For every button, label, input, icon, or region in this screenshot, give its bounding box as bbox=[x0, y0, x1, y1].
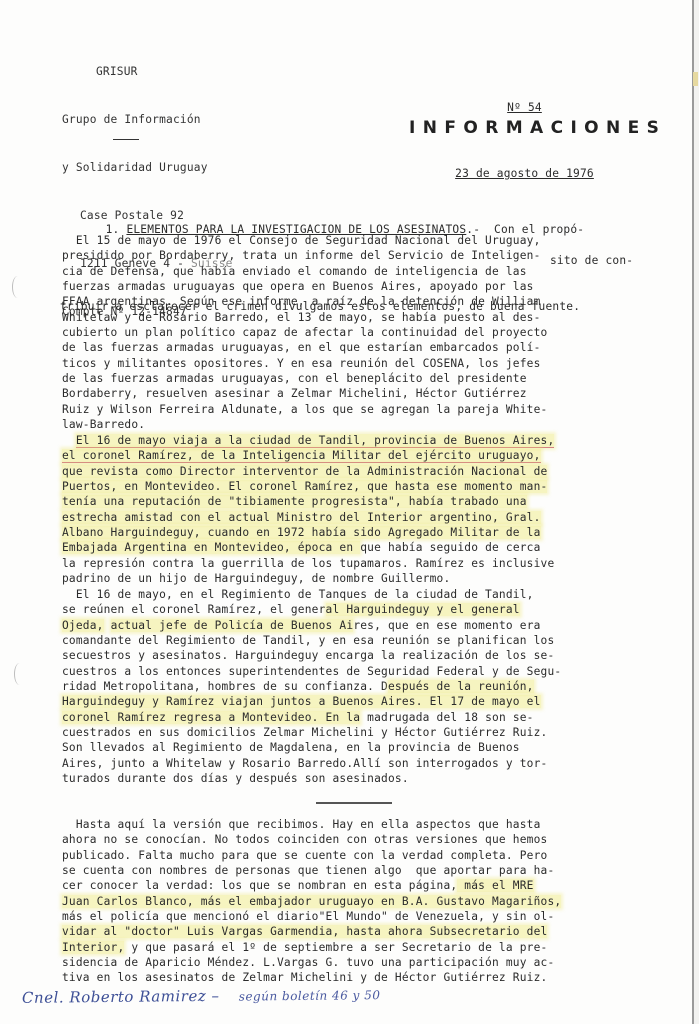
paragraph-2: El 16 de mayo viaja a la ciudad de Tandi… bbox=[62, 433, 687, 586]
highlighted-text: Ojeda, bbox=[62, 619, 104, 632]
text-segment bbox=[104, 619, 111, 632]
text-line: Whitelaw y de Rosario Barredo, el 13 de … bbox=[62, 310, 687, 325]
text-segment: se reúnen el coronel Ramírez, el gener bbox=[62, 603, 326, 616]
text-segment: madrugada del 18 son se- bbox=[360, 711, 533, 724]
text-line: Juan Carlos Blanco, más el embajador uru… bbox=[62, 894, 687, 909]
text-line: cubierto un plan político capaz de afect… bbox=[62, 325, 687, 340]
text-line: tiva en los asesinatos de Zelmar Micheli… bbox=[62, 970, 687, 985]
text-line: Ojeda, actual jefe de Policía de Buenos … bbox=[62, 618, 687, 633]
text-line: publicado. Falta mucho para que se cuent… bbox=[62, 848, 687, 863]
text-line: sidencia de Aparicio Méndez. L.Vargas G.… bbox=[62, 955, 687, 970]
text-line: El 15 de mayo de 1976 el Consejo de Segu… bbox=[62, 233, 687, 248]
highlighted-text: que revista como Director interventor de… bbox=[62, 465, 547, 478]
text-line: ridad Metropolitana, hombres de su confi… bbox=[62, 679, 687, 694]
punch-hole-mark bbox=[14, 663, 25, 685]
text-line: coronel Ramírez regresa a Montevideo. En… bbox=[62, 710, 687, 725]
highlighted-text: tenía una reputación de "tibiamente prog… bbox=[62, 495, 527, 508]
highlighted-text: Albano Harguindeguy, cuando en 1972 habí… bbox=[62, 526, 541, 539]
text-line: cuestros a los entonces superintendentes… bbox=[62, 664, 687, 679]
text-line: FFAA argentinas. Según ese informe, a ra… bbox=[62, 294, 687, 309]
org-name-line1: Grupo de Información bbox=[62, 112, 233, 128]
text-line: ticos y militantes opositores. Y en esa … bbox=[62, 356, 687, 371]
text-line: vidar al "doctor" Luis Vargas Garmendia,… bbox=[62, 924, 687, 939]
text-segment: res, que en ese momento era bbox=[353, 619, 540, 632]
paragraph-4: Hasta aquí la versión que recibimos. Hay… bbox=[62, 817, 687, 986]
highlighted-text: Interior, bbox=[62, 941, 124, 954]
highlighted-text: el coronel Ramírez, de la Inteligencia M… bbox=[62, 449, 541, 463]
masthead-title: INFORMACIONES bbox=[409, 118, 666, 138]
text-line: Puertos, en Montevideo. El coronel Ramír… bbox=[62, 479, 687, 494]
text-line: se reúnen el coronel Ramírez, el general… bbox=[62, 602, 687, 617]
text-line: ahora no se conocían. No todos coinciden… bbox=[62, 832, 687, 847]
highlighted-text: estrecha amistad con el actual Ministro … bbox=[62, 511, 541, 524]
text-line: Interior, y que pasará el 1º de septiemb… bbox=[62, 940, 687, 955]
text-line: se cuenta con nombres de personas que ti… bbox=[62, 863, 687, 878]
text-line: más el policía que mencionó el diario"El… bbox=[62, 909, 687, 924]
text-line: cia de Defensa, que había enviado el com… bbox=[62, 264, 687, 279]
text-line: de las fuerzas armadas uruguayas, en el … bbox=[62, 340, 687, 355]
paragraph-1: El 15 de mayo de 1976 el Consejo de Segu… bbox=[62, 233, 687, 432]
punch-hole-mark bbox=[12, 276, 23, 298]
text-line: padrino de un hijo de Harguindeguy, de n… bbox=[62, 571, 687, 586]
document-page: GRISUR Grupo de Información y Solidarida… bbox=[0, 0, 692, 1024]
handwritten-note: Cnel. Roberto Ramirez – según boletín 46… bbox=[22, 985, 381, 1007]
page-edge-strip bbox=[694, 0, 699, 1024]
text-segment: y que pasará el 1º de septiembre a ser S… bbox=[124, 941, 547, 954]
issue-number: Nº 54 bbox=[442, 97, 607, 119]
page-edge-mark bbox=[693, 72, 698, 86]
text-line: estrecha amistad con el actual Ministro … bbox=[62, 510, 687, 525]
text-line: tenía una reputación de "tibiamente prog… bbox=[62, 494, 687, 509]
text-segment: que había seguido de cerca bbox=[360, 541, 540, 554]
text-line: Harguindeguy y Ramírez viajan juntos a B… bbox=[62, 694, 687, 709]
handwritten-note-text: Cnel. Roberto Ramirez – bbox=[22, 987, 225, 1007]
section-divider bbox=[316, 802, 392, 804]
text-line: cer conocer la verdad: los que se nombra… bbox=[62, 878, 687, 893]
text-line: comandante del Regimiento de Tandil, y e… bbox=[62, 633, 687, 648]
text-line: Embajada Argentina en Montevideo, época … bbox=[62, 540, 687, 555]
text-line: law-Barredo. bbox=[62, 417, 687, 432]
text-line: Son llevados al Regimiento de Magdalena,… bbox=[62, 740, 687, 755]
text-line: Albano Harguindeguy, cuando en 1972 habí… bbox=[62, 525, 687, 540]
text-line: presidido por Bordaberry, trata un infor… bbox=[62, 248, 687, 263]
text-line: El 16 de mayo viaja a la ciudad de Tandi… bbox=[62, 433, 687, 448]
text-line: Hasta aquí la versión que recibimos. Hay… bbox=[62, 817, 687, 832]
text-line: Aires, junto a Whitelaw y Rosario Barred… bbox=[62, 756, 687, 771]
highlighted-text: actual jefe de Policía de Buenos Ai bbox=[111, 619, 354, 632]
org-short-name: GRISUR bbox=[62, 64, 233, 80]
text-segment bbox=[62, 434, 76, 447]
highlighted-text: vidar al "doctor" Luis Vargas Garmendia,… bbox=[62, 925, 547, 938]
text-line: secuestros y asesinatos. Harguindeguy en… bbox=[62, 648, 687, 663]
highlighted-text: Puertos, en Montevideo. El coronel Ramír… bbox=[62, 480, 547, 493]
paragraph-3: El 16 de mayo, en el Regimiento de Tanqu… bbox=[62, 587, 687, 786]
highlighted-text: Juan Carlos Blanco, más el embajador uru… bbox=[62, 895, 561, 908]
highlighted-text: Embajada Argentina en Montevideo, época … bbox=[62, 541, 360, 554]
text-line: Ruiz y Wilson Ferreira Aldunate, a los q… bbox=[62, 402, 687, 417]
text-line: que revista como Director interventor de… bbox=[62, 464, 687, 479]
text-line: cuestrados en sus domicilios Zelmar Mich… bbox=[62, 725, 687, 740]
highlighted-text: espués de la reunión, bbox=[388, 680, 534, 693]
highlighted-text: más el MRE bbox=[457, 879, 533, 892]
text-segment: ridad Metropolitana, hombres de su confi… bbox=[62, 680, 388, 693]
text-line: la represión contra la guerrilla de los … bbox=[62, 556, 687, 571]
org-name-line2: y Solidaridad Uruguay bbox=[62, 160, 233, 176]
text-line: Bordaberry, resuelven asesinar a Zelmar … bbox=[62, 386, 687, 401]
handwritten-reference: según boletín 46 y 50 bbox=[239, 988, 381, 1003]
text-line: fuerzas armadas uruguayas que opera en B… bbox=[62, 279, 687, 294]
highlighted-text: Harguindeguy y Ramírez viajan juntos a B… bbox=[62, 695, 541, 708]
address-rule bbox=[113, 139, 139, 140]
highlighted-text: coronel Ramírez regresa a Montevideo. En… bbox=[62, 711, 360, 724]
highlighted-text: El 16 de mayo viaja a la ciudad de Tandi… bbox=[76, 434, 555, 448]
text-line: el coronel Ramírez, de la Inteligencia M… bbox=[62, 448, 687, 463]
text-segment: cer conocer la verdad: los que se nombra… bbox=[62, 879, 457, 892]
highlighted-text: al Harguindeguy y el general bbox=[326, 603, 520, 616]
text-line: El 16 de mayo, en el Regimiento de Tanqu… bbox=[62, 587, 687, 602]
text-line: turados durante dos días y después son a… bbox=[62, 771, 687, 786]
text-line: de las fuerzas armadas uruguayas, con el… bbox=[62, 371, 687, 386]
